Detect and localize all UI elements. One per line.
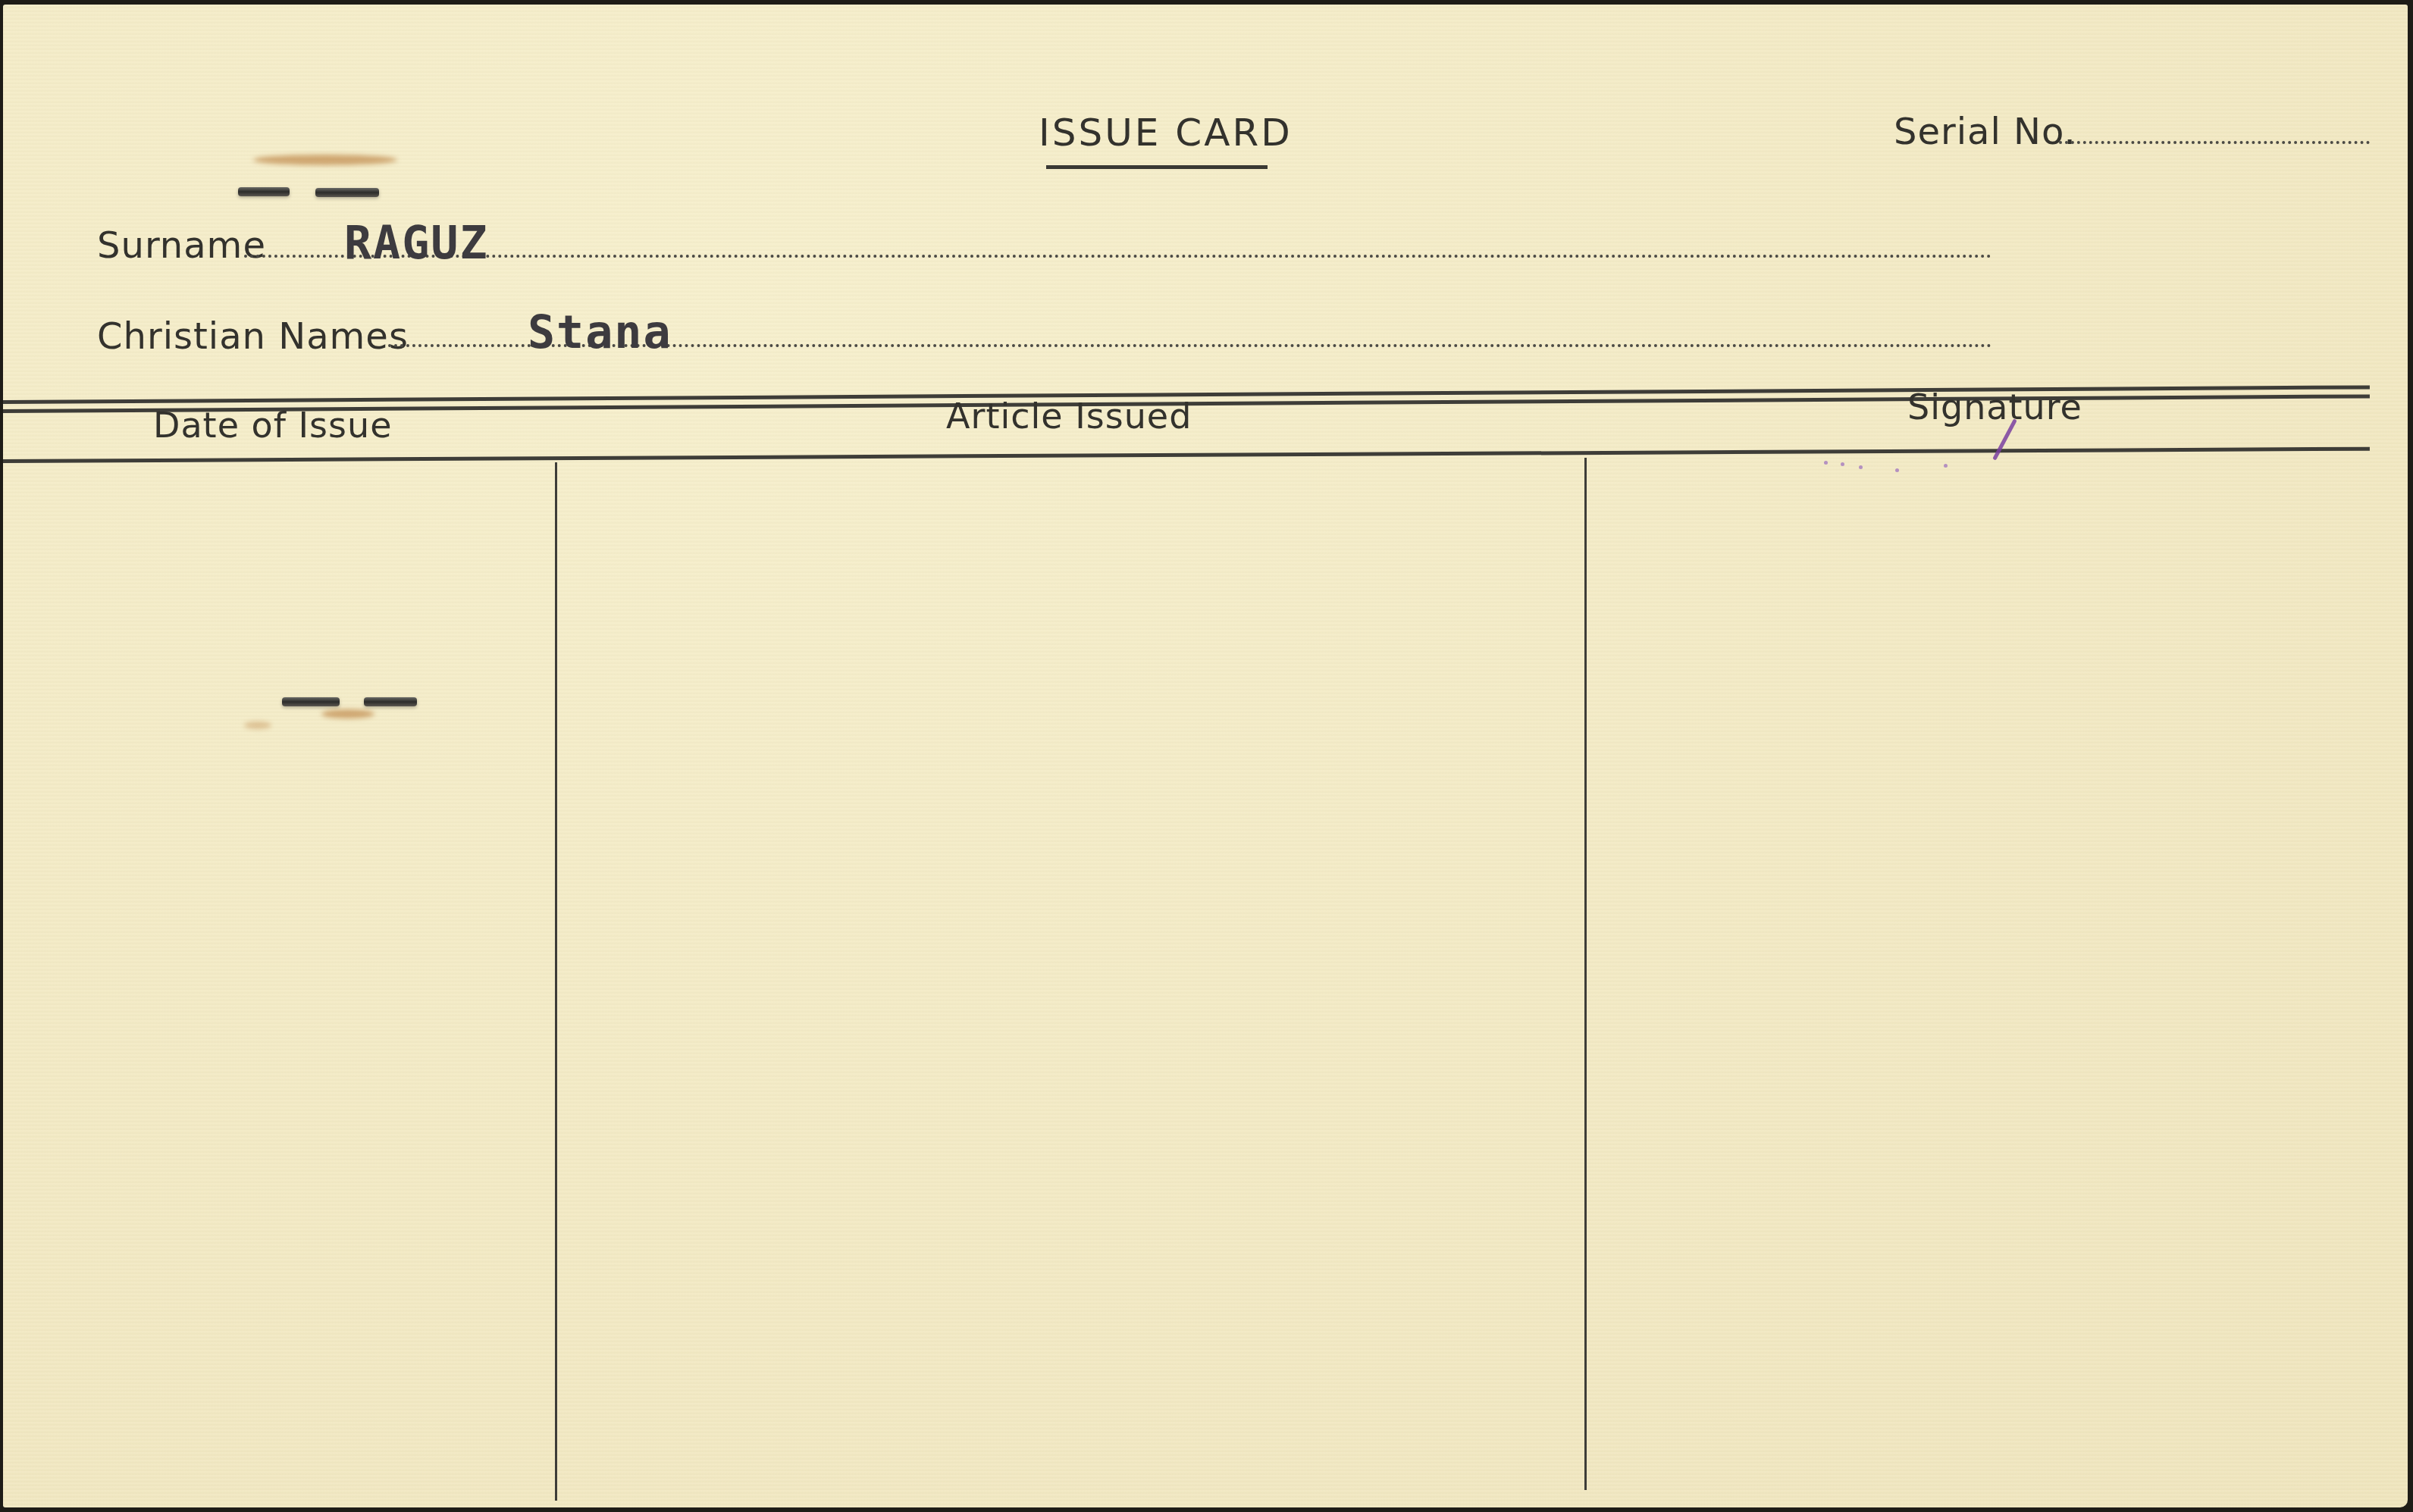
christian-names-label: Christian Names	[97, 315, 409, 358]
card-title: ISSUE CARD	[1039, 111, 1293, 155]
staple	[282, 697, 340, 706]
serial-label: Serial No.	[1894, 111, 2076, 153]
serial-value-line[interactable]	[2059, 141, 2370, 144]
column-header-rule	[3, 447, 2370, 463]
staple	[364, 697, 417, 706]
ink-speck	[1895, 468, 1899, 472]
column-header-signature: Signature	[1907, 387, 2082, 427]
surname-label: Surname	[97, 224, 266, 267]
ink-speck	[1859, 465, 1863, 469]
staple	[315, 188, 379, 197]
staple	[238, 187, 290, 196]
article-issued-column[interactable]	[558, 465, 1583, 1504]
rust-stain	[244, 722, 271, 729]
christian-names-value: Stana	[528, 306, 672, 359]
rust-stain	[321, 709, 374, 718]
column-divider-2	[1584, 458, 1587, 1490]
rust-stain	[253, 155, 397, 165]
date-of-issue-column[interactable]	[3, 465, 553, 1504]
title-underline	[1046, 165, 1268, 169]
column-header-article-issued: Article Issued	[946, 396, 1192, 437]
column-header-date-of-issue: Date of Issue	[153, 405, 392, 446]
ink-speck	[1841, 462, 1844, 466]
surname-value: RAGUZ	[344, 217, 489, 270]
signature-column[interactable]	[1587, 462, 2406, 1501]
issue-card: ISSUE CARD Serial No. Surname RAGUZ Chri…	[3, 5, 2408, 1507]
ink-speck	[1824, 461, 1828, 465]
ink-speck	[1944, 464, 1948, 468]
column-divider-1	[555, 462, 557, 1501]
surname-line[interactable]	[244, 255, 1992, 258]
